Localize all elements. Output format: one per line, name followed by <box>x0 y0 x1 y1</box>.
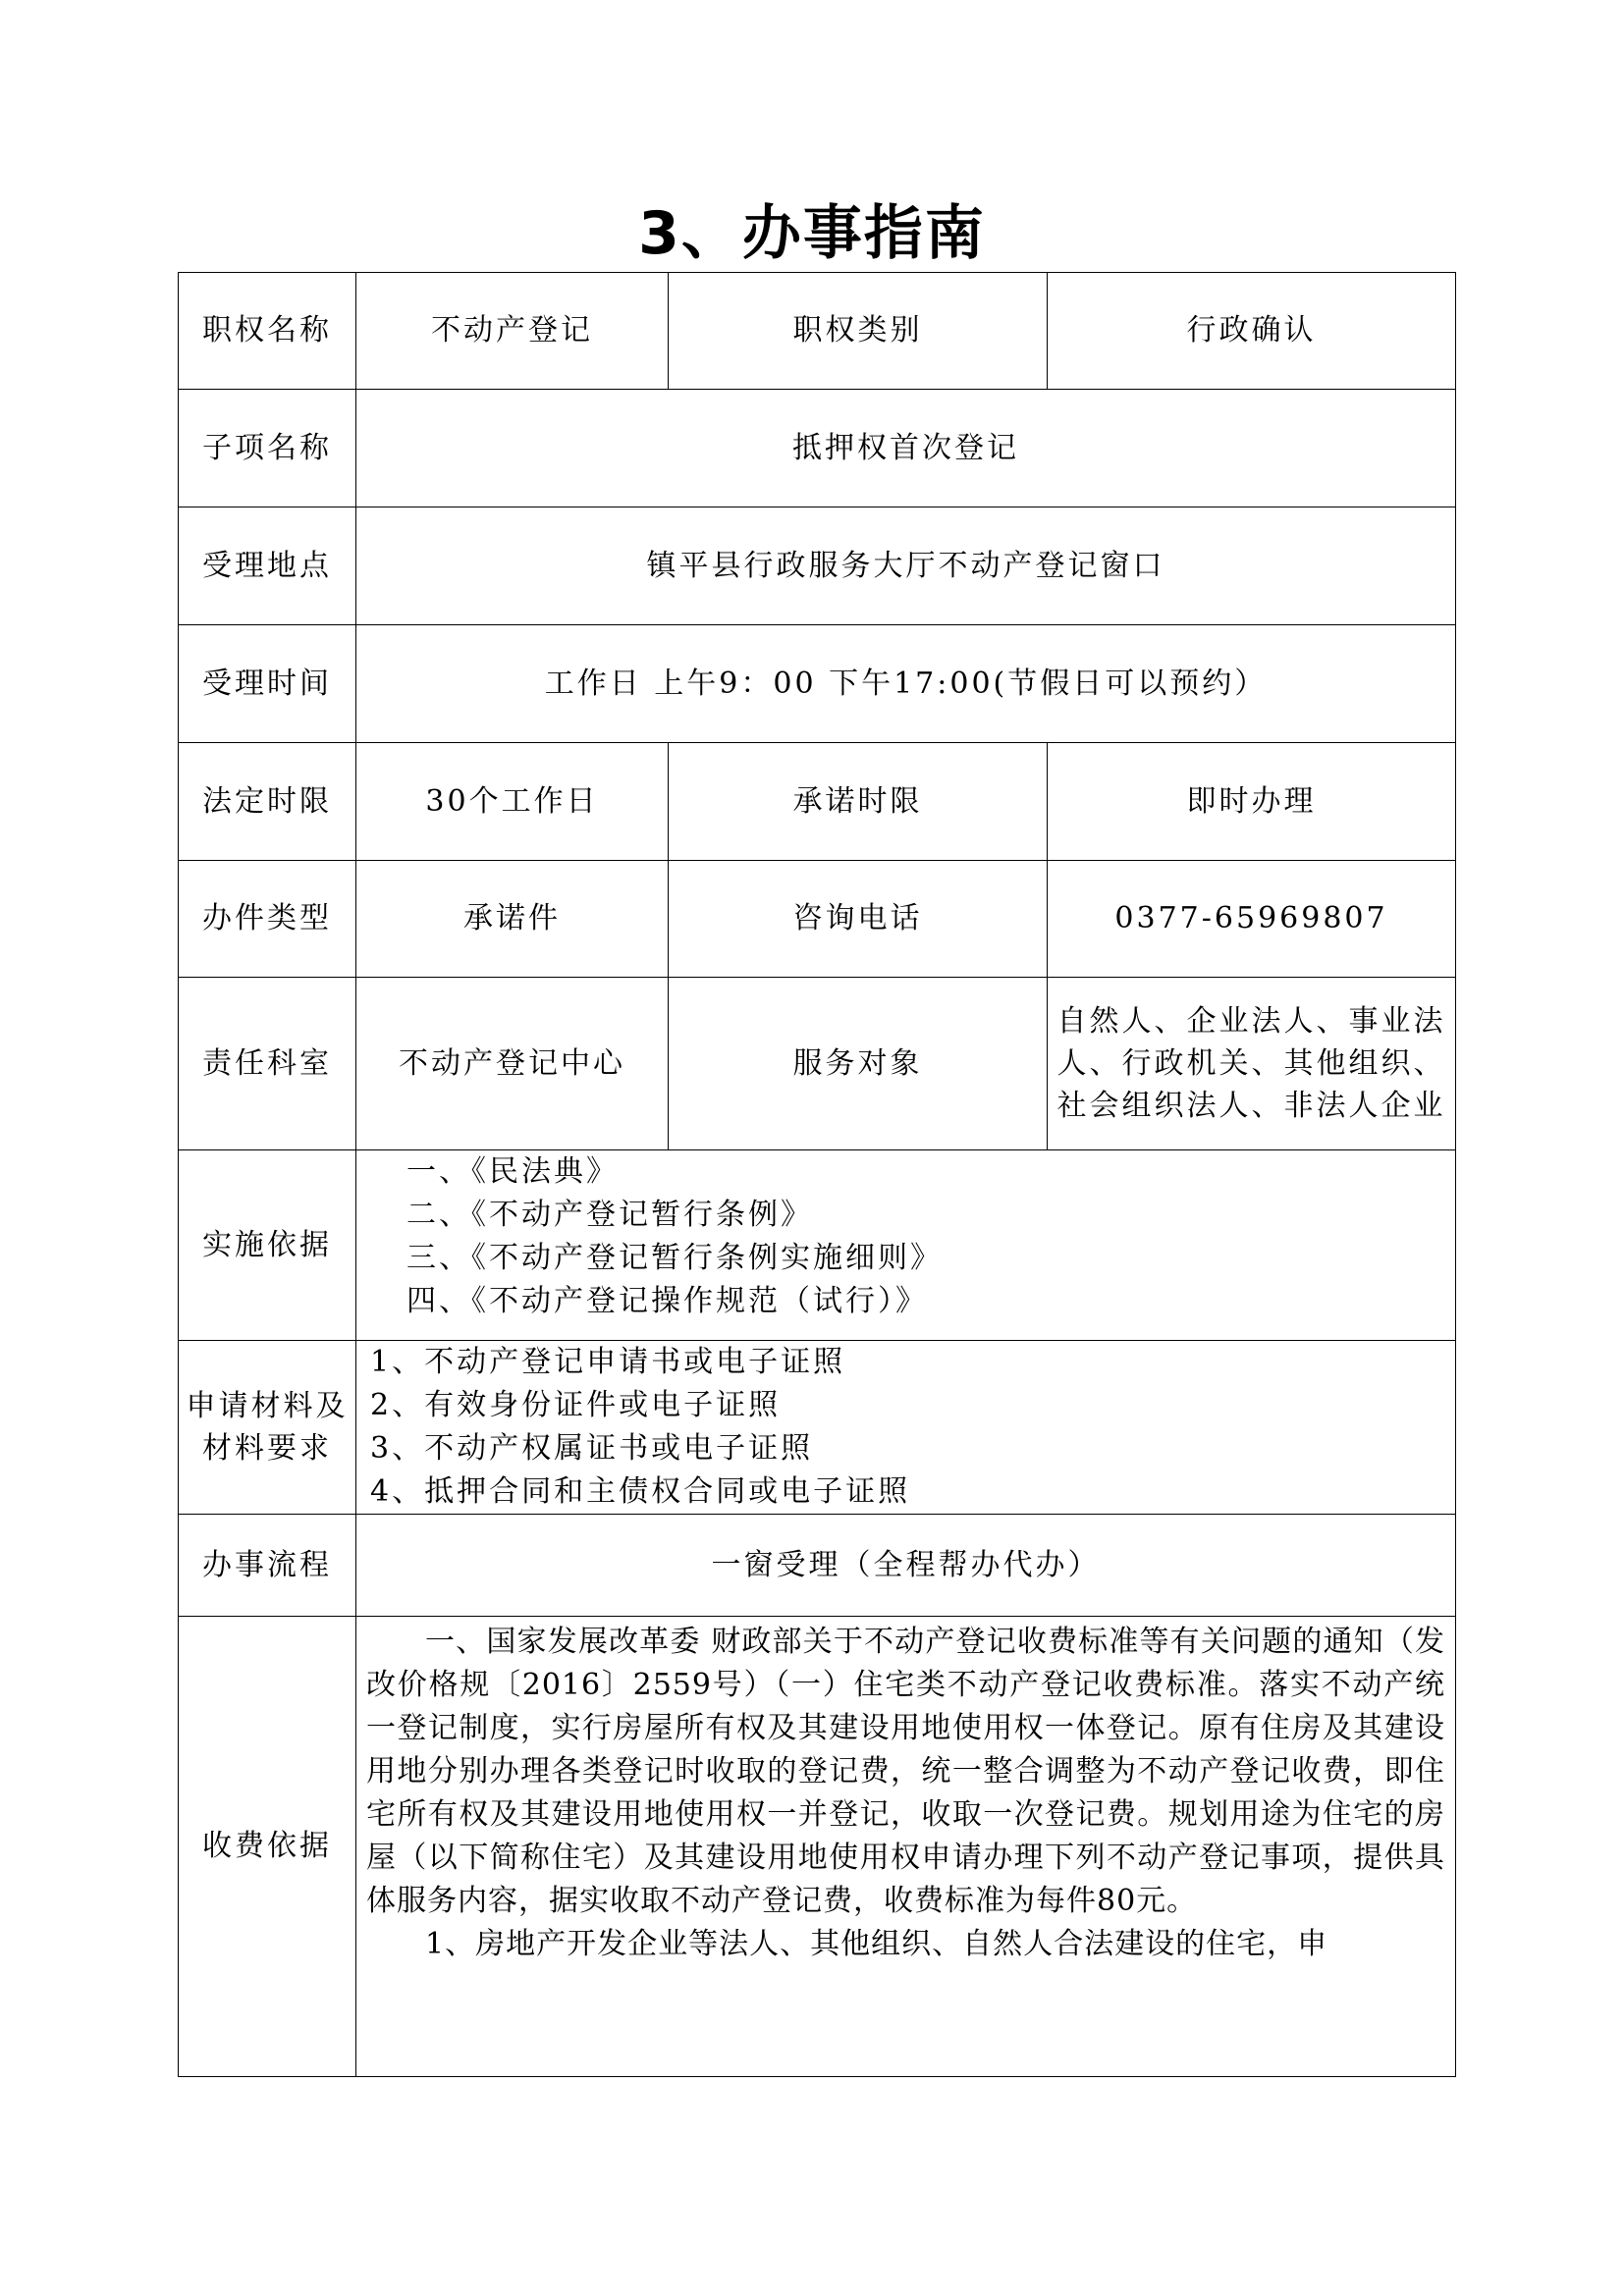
row-location: 受理地点 镇平县行政服务大厅不动产登记窗口 <box>179 507 1456 625</box>
basis-item: 四、《不动产登记操作规范（试行）》 <box>362 1280 1449 1323</box>
fee-paragraph: 一、国家发展改革委 财政部关于不动产登记收费标准等有关问题的通知（发改价格规〔2… <box>366 1621 1445 1923</box>
basis-item: 一、《民法典》 <box>362 1150 1449 1194</box>
service-guide-table: 职权名称 不动产登记 职权类别 行政确认 子项名称 抵押权首次登记 受理地点 镇… <box>178 272 1456 2077</box>
label-promised-limit: 承诺时限 <box>669 743 1048 861</box>
label-authority-type: 职权类别 <box>669 273 1048 390</box>
value-service-target: 自然人、企业法人、事业法人、行政机关、其他组织、社会组织法人、非法人企业 <box>1048 978 1456 1150</box>
value-promised-limit: 即时办理 <box>1048 743 1456 861</box>
basis-item: 三、《不动产登记暂行条例实施细则》 <box>362 1237 1449 1280</box>
value-location: 镇平县行政服务大厅不动产登记窗口 <box>356 507 1456 625</box>
value-legal-limit: 30个工作日 <box>356 743 669 861</box>
value-process: 一窗受理（全程帮办代办） <box>356 1515 1456 1617</box>
fee-paragraph: 1、房地产开发企业等法人、其他组织、自然人合法建设的住宅，申 <box>366 1923 1445 1966</box>
label-phone: 咨询电话 <box>669 861 1048 978</box>
material-item: 3、不动产权属证书或电子证照 <box>362 1427 1449 1470</box>
value-hours: 工作日 上午9：00 下午17:00(节假日可以预约） <box>356 625 1456 743</box>
label-process: 办事流程 <box>179 1515 356 1617</box>
row-legal-limit: 法定时限 30个工作日 承诺时限 即时办理 <box>179 743 1456 861</box>
row-sub-item: 子项名称 抵押权首次登记 <box>179 390 1456 507</box>
label-authority-name: 职权名称 <box>179 273 356 390</box>
fee-text: 一、国家发展改革委 财政部关于不动产登记收费标准等有关问题的通知（发改价格规〔2… <box>356 1617 1456 2077</box>
label-service-target: 服务对象 <box>669 978 1048 1150</box>
basis-item: 二、《不动产登记暂行条例》 <box>362 1194 1449 1237</box>
materials-list: 1、不动产登记申请书或电子证照 2、有效身份证件或电子证照 3、不动产权属证书或… <box>356 1341 1456 1515</box>
label-fee: 收费依据 <box>179 1617 356 2077</box>
label-case-type: 办件类型 <box>179 861 356 978</box>
label-sub-item: 子项名称 <box>179 390 356 507</box>
row-case-type: 办件类型 承诺件 咨询电话 0377-65969807 <box>179 861 1456 978</box>
row-authority-name: 职权名称 不动产登记 职权类别 行政确认 <box>179 273 1456 390</box>
material-item: 4、抵押合同和主债权合同或电子证照 <box>362 1470 1449 1514</box>
page-title: 3、办事指南 <box>0 194 1624 273</box>
value-case-type: 承诺件 <box>356 861 669 978</box>
value-sub-item: 抵押权首次登记 <box>356 390 1456 507</box>
label-materials: 申请材料及材料要求 <box>179 1341 356 1515</box>
material-item: 2、有效身份证件或电子证照 <box>362 1384 1449 1427</box>
label-legal-limit: 法定时限 <box>179 743 356 861</box>
value-department: 不动产登记中心 <box>356 978 669 1150</box>
row-basis: 实施依据 一、《民法典》 二、《不动产登记暂行条例》 三、《不动产登记暂行条例实… <box>179 1150 1456 1341</box>
label-location: 受理地点 <box>179 507 356 625</box>
row-process: 办事流程 一窗受理（全程帮办代办） <box>179 1515 1456 1617</box>
row-hours: 受理时间 工作日 上午9：00 下午17:00(节假日可以预约） <box>179 625 1456 743</box>
value-phone: 0377-65969807 <box>1048 861 1456 978</box>
row-department: 责任科室 不动产登记中心 服务对象 自然人、企业法人、事业法人、行政机关、其他组… <box>179 978 1456 1150</box>
value-authority-name: 不动产登记 <box>356 273 669 390</box>
row-fee: 收费依据 一、国家发展改革委 财政部关于不动产登记收费标准等有关问题的通知（发改… <box>179 1617 1456 2077</box>
label-department: 责任科室 <box>179 978 356 1150</box>
label-hours: 受理时间 <box>179 625 356 743</box>
label-basis: 实施依据 <box>179 1150 356 1341</box>
value-authority-type: 行政确认 <box>1048 273 1456 390</box>
basis-list: 一、《民法典》 二、《不动产登记暂行条例》 三、《不动产登记暂行条例实施细则》 … <box>356 1150 1456 1341</box>
material-item: 1、不动产登记申请书或电子证照 <box>362 1341 1449 1384</box>
row-materials: 申请材料及材料要求 1、不动产登记申请书或电子证照 2、有效身份证件或电子证照 … <box>179 1341 1456 1515</box>
